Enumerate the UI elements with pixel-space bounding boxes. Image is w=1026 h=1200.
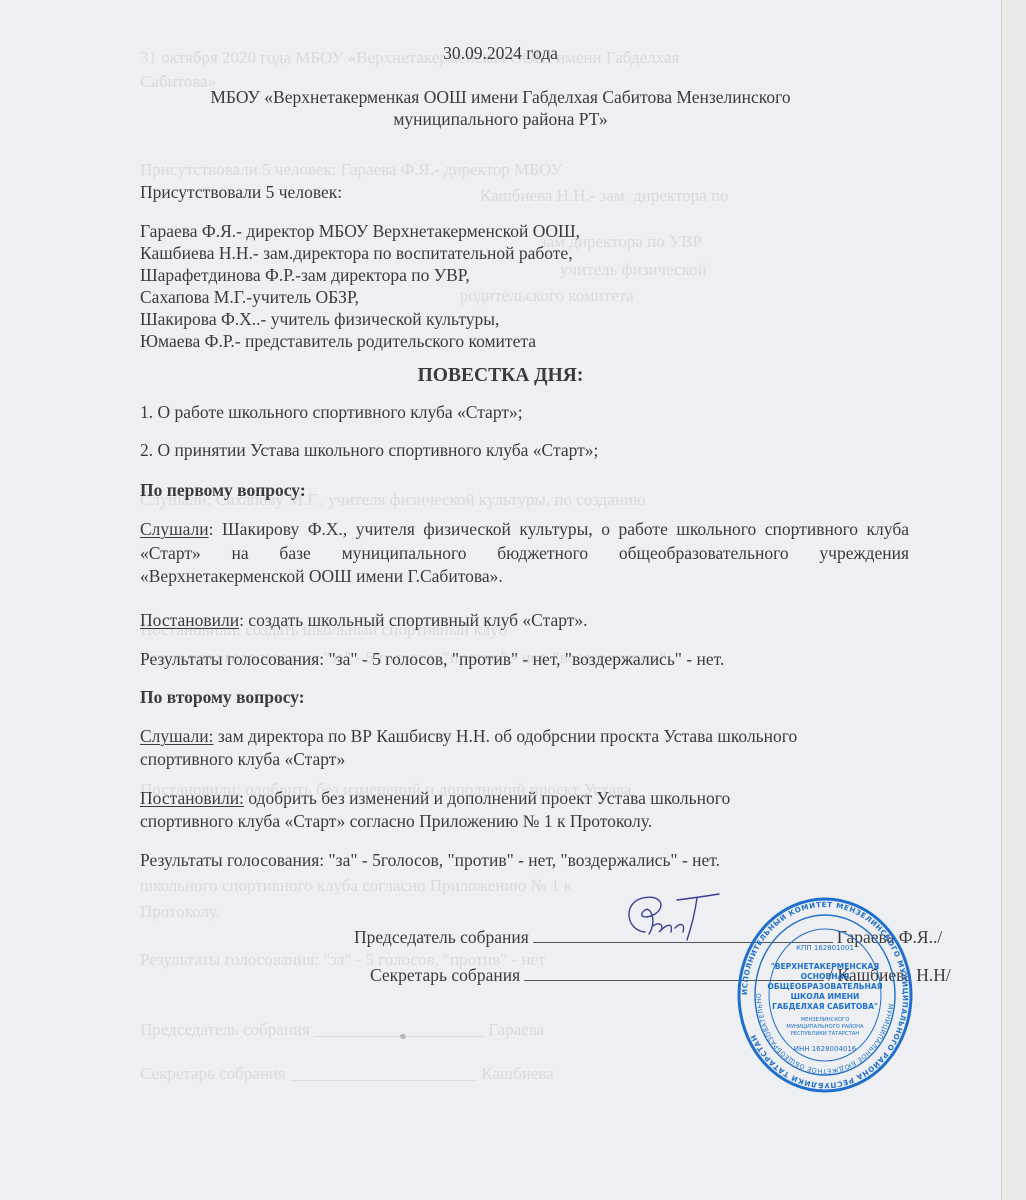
question1-title: По первому вопросу: xyxy=(140,479,306,501)
bleed-through-text: Присутствовали 5 человек: Гараева Ф.Я.- … xyxy=(140,160,562,180)
scanned-page: 31 октября 2020 года МБОУ «Верхнетакерме… xyxy=(0,0,1002,1200)
question2-title: По второму вопросу: xyxy=(140,686,305,708)
organization-name-line2: муниципального района РТ» xyxy=(0,108,1001,130)
secretary-label: Секретарь собрания xyxy=(370,965,520,985)
decided-text: одобрить без изменений и дополнений прое… xyxy=(244,788,730,808)
question2-heard: Слушали: зам директора по ВР Кашбисву Н.… xyxy=(140,725,797,747)
chair-label: Председатель собрания xyxy=(354,927,529,947)
attendee: Кашбиева Н.Н.- зам.директора по воспитат… xyxy=(140,242,573,264)
official-stamp-icon: ИСПОЛНИТЕЛЬНЫЙ КОМИТЕТ МЕНЗЕЛИНСКОГО МУН… xyxy=(735,895,915,1095)
question2-decided-cont: спортивного клуба «Старт» согласно Прило… xyxy=(140,810,652,832)
question2-vote-results: Результаты голосования: "за" - 5голосов,… xyxy=(140,849,720,871)
question1-decided: Постановили: создать школьный спортивный… xyxy=(140,609,588,631)
decided-label: Постановили xyxy=(140,610,239,630)
agenda-item: 2. О принятии Устава школьного спортивно… xyxy=(140,439,598,461)
attendee: Шакирова Ф.Х..- учитель физической культ… xyxy=(140,308,499,330)
question2-heard-cont: спортивного клуба «Старт» xyxy=(140,748,345,770)
bleed-through-text: Кашбиева Н.Н.- зам. директора по xyxy=(480,186,729,206)
handwritten-signature-icon xyxy=(615,892,720,942)
agenda-item: 1. О работе школьного спортивного клуба … xyxy=(140,401,523,423)
document-date: 30.09.2024 года xyxy=(0,42,1001,64)
attendee: Гараева Ф.Я.- директор МБОУ Верхнетакерм… xyxy=(140,220,580,242)
stamp-small-text: МЕНЗЕЛИНСКОГО xyxy=(801,1017,850,1023)
bleed-through-text: Секретарь собрания _____________________… xyxy=(140,1064,554,1084)
attendance-title: Присутствовали 5 человек: xyxy=(140,181,342,203)
organization-name-line1: МБОУ «Верхнетакерменкая ООШ имени Габдел… xyxy=(0,86,1001,108)
bleed-through-text: Протоколу. xyxy=(140,902,220,922)
heard-label: Слушали: xyxy=(140,726,214,746)
stamp-inn: ИНН 1628004016 xyxy=(794,1045,857,1053)
stamp-small-text: МУНИЦИПАЛЬНОГО РАЙОНА xyxy=(786,1023,864,1030)
stamp-text: ШКОЛА ИМЕНИ xyxy=(791,992,860,1001)
stamp-small-text: РЕСПУБЛИКИ ТАТАРСТАН xyxy=(791,1031,860,1037)
decided-text: : создать школьный спортивный клуб «Стар… xyxy=(239,610,587,630)
stamp-kpp: КПП 162801001 xyxy=(796,944,854,952)
agenda-title: ПОВЕСТКА ДНЯ: xyxy=(0,365,1001,387)
attendee: Сахапова М.Г.-учитель ОБЗР, xyxy=(140,286,359,308)
stamp-text: ГАБДЕЛХАЯ САБИТОВА" xyxy=(772,1002,878,1011)
bleed-through-text: родительского комитета xyxy=(460,286,634,306)
scan-speck xyxy=(400,1034,406,1039)
attendee: Юмаева Ф.Р.- представитель родительского… xyxy=(140,330,536,352)
stamp-text: ОБЩЕОБРАЗОВАТЕЛЬНАЯ xyxy=(767,982,882,991)
heard-text: : Шакирову Ф.Х., учителя физической куль… xyxy=(140,519,909,586)
stamp-text: ОСНОВНАЯ xyxy=(801,972,850,981)
decided-label: Постановили: xyxy=(140,788,244,808)
question1-heard: Слушали: Шакирову Ф.Х., учителя физическ… xyxy=(140,518,909,589)
heard-text: зам директора по ВР Кашбисву Н.Н. об одо… xyxy=(214,726,798,746)
stamp-text: "ВЕРХНЕТАКЕРМЕНСКАЯ xyxy=(771,962,880,971)
question1-vote-results: Результаты голосования: "за" - 5 голосов… xyxy=(140,648,724,670)
bleed-through-text: школьного спортивного клуба согласно При… xyxy=(140,876,572,896)
attendee: Шарафетдинова Ф.Р.-зам директора по УВР, xyxy=(140,264,470,286)
bleed-through-text: учитель физической xyxy=(560,260,707,280)
bleed-through-text: Председатель собрания __________________… xyxy=(140,1020,544,1040)
question2-decided: Постановили: одобрить без изменений и до… xyxy=(140,787,730,809)
heard-label: Слушали xyxy=(140,519,209,539)
